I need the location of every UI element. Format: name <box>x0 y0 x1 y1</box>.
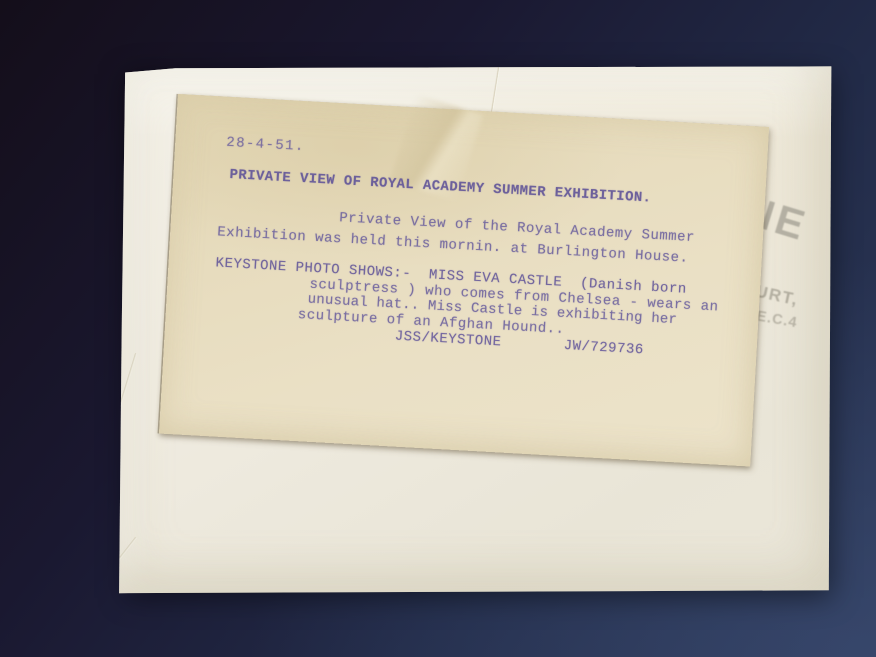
typed-date: 28-4-51. <box>226 136 305 155</box>
photograph-background: NE URT, N, E.C.4 28-4-51. PRIVATE VIEW O… <box>0 0 876 657</box>
paper-crease-left <box>117 353 137 413</box>
paper-fold-bottom-left <box>103 537 137 579</box>
caption-label: 28-4-51. PRIVATE VIEW OF ROYAL ACADEMY S… <box>159 94 769 467</box>
typed-headline: PRIVATE VIEW OF ROYAL ACADEMY SUMMER EXH… <box>229 168 652 207</box>
stamp-fragment-court: URT, <box>753 282 800 311</box>
photo-back-paper: NE URT, N, E.C.4 28-4-51. PRIVATE VIEW O… <box>118 64 832 594</box>
